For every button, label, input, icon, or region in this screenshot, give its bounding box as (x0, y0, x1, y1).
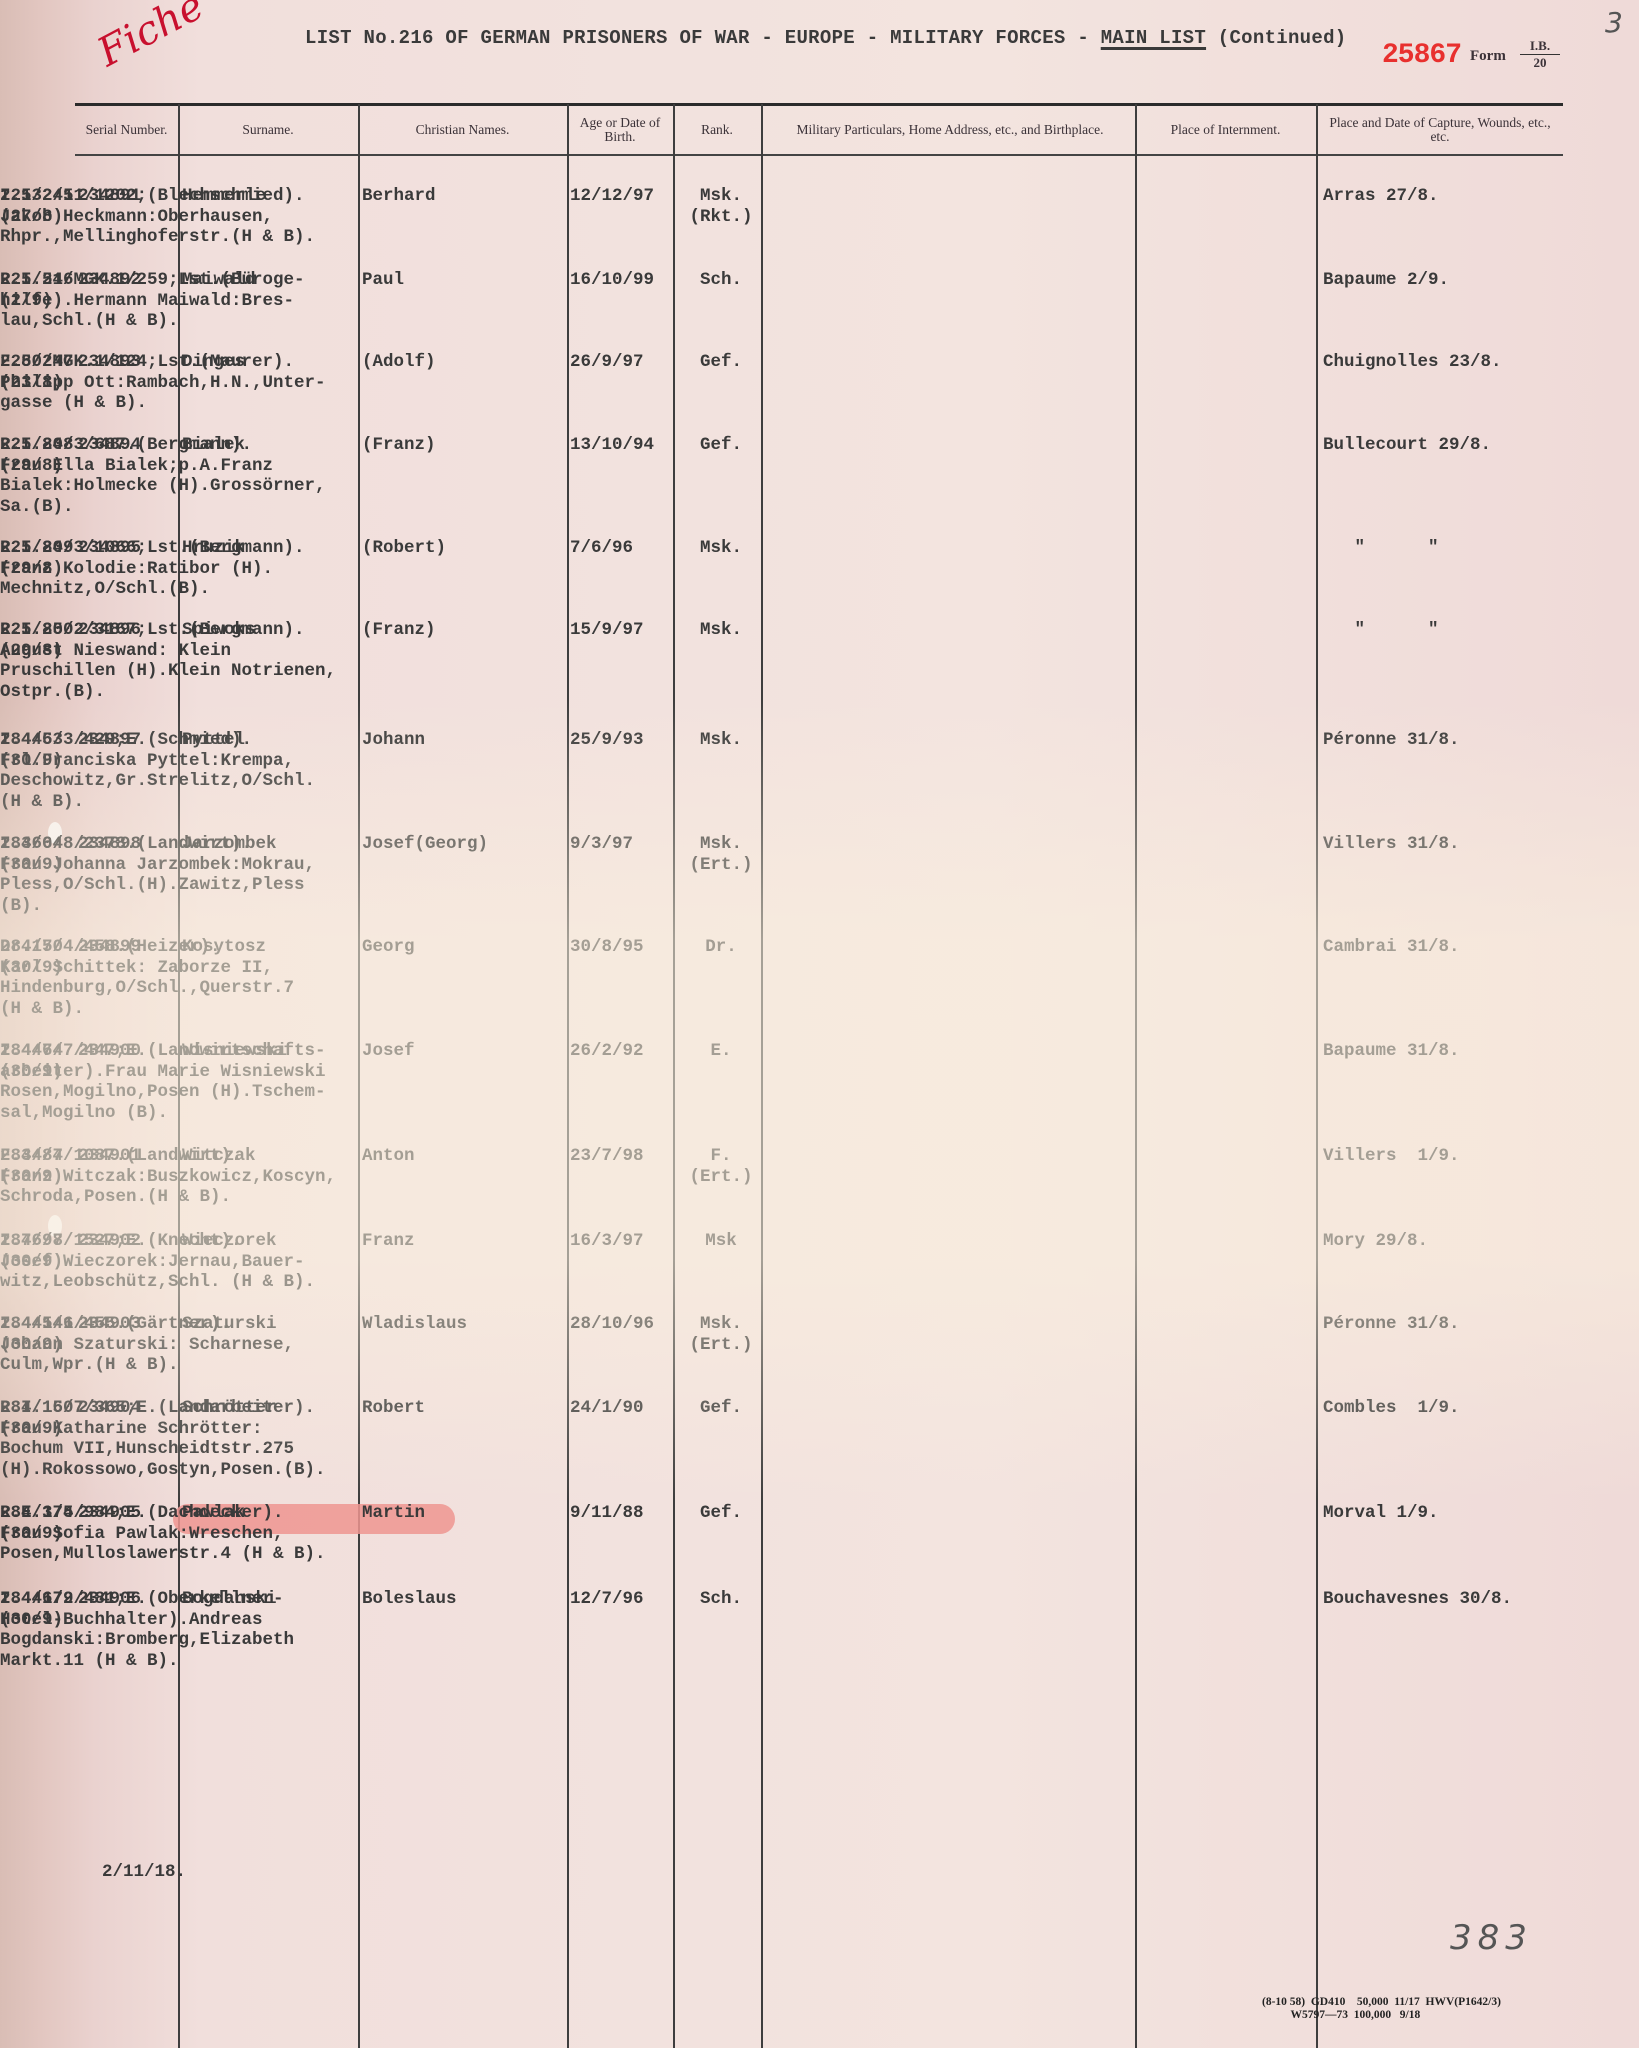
cell-christian: (Franz) (362, 435, 436, 456)
cell-capture: Morval 1/9. (1323, 1503, 1439, 1524)
cell-dob: 24/1/90 (570, 1398, 644, 1419)
header-military-particulars: Military Particulars, Home Address, etc.… (775, 106, 1125, 154)
cell-dob: 12/7/96 (570, 1589, 644, 1610)
cell-dob: 26/2/92 (570, 1041, 644, 1062)
cell-dob: 26/9/97 (570, 352, 644, 373)
cell-rank: Msk. (Ert.) (676, 1314, 766, 1355)
cell-christian: Georg (362, 937, 415, 958)
cell-internment: 225/249 (29/8) (0, 538, 74, 579)
fiche-annotation: Fiché (90, 0, 211, 76)
column-divider (358, 104, 360, 2048)
list-date: 2/11/18. (102, 1862, 186, 1882)
cell-internment: 284/64 (30/9) (0, 834, 63, 875)
cell-capture: Bapaume 31/8. (1323, 1041, 1460, 1062)
header-place-of-internment: Place of Internment. (1135, 106, 1316, 154)
cell-christian: (Robert) (362, 538, 446, 559)
corner-pencil-mark: 3 (1605, 6, 1623, 39)
cell-rank: Msk. (Rkt.) (676, 186, 766, 227)
cell-rank: F. (Ert.) (676, 1146, 766, 1187)
cell-rank: Msk. (676, 620, 766, 641)
document-page: Fiché 3 LIST No.216 OF GERMAN PRISONERS … (0, 0, 1639, 2048)
cell-rank: Gef. (676, 352, 766, 373)
header-place-of-capture: Place and Date of Capture, Wounds, etc.,… (1325, 106, 1555, 154)
cell-capture: Bapaume 2/9. (1323, 270, 1449, 291)
cell-rank: Dr. (676, 937, 766, 958)
handwritten-page-number: 383 (1450, 1918, 1533, 1958)
printer-imprint: (8-10 58) GD410 50,000 11/17 HWV(P1642/3… (1262, 1996, 1501, 2022)
printer-line-1: (8-10 58) GD410 50,000 11/17 HWV(P1642/3… (1262, 1996, 1501, 2008)
cell-dob: 9/11/88 (570, 1503, 644, 1524)
cell-christian: Robert (362, 1398, 425, 1419)
cell-internment: 284/174 (30/9) (0, 1503, 74, 1544)
document-title: LIST No.216 OF GERMAN PRISONERS OF WAR -… (305, 27, 1347, 49)
cell-capture: Arras 27/8. (1323, 186, 1439, 207)
header-surname: Surname. (178, 106, 358, 154)
form-number-top: I.B. (1520, 38, 1560, 55)
cell-rank: Gef. (676, 1503, 766, 1524)
cell-dob: 16/10/99 (570, 270, 654, 291)
cell-christian: Boleslaus (362, 1589, 457, 1610)
cell-christian: Johann (362, 730, 425, 751)
form-label: Form (1470, 48, 1506, 65)
cell-capture: " " (1323, 538, 1439, 559)
title-prefix: LIST No.216 OF GERMAN PRISONERS OF WAR -… (305, 27, 1101, 49)
cell-capture: Mory 29/8. (1323, 1231, 1428, 1252)
cell-internment: 284/70 (30/9) (0, 937, 63, 978)
cell-internment: 284/97 (30/9) (0, 1231, 63, 1272)
cell-rank: Msk. (676, 730, 766, 751)
cell-rank: Sch. (676, 270, 766, 291)
cell-rank: Gef. (676, 435, 766, 456)
cell-dob: 16/3/97 (570, 1231, 644, 1252)
cell-capture: Péronne 31/8. (1323, 730, 1460, 751)
column-divider (567, 104, 569, 2048)
cell-internment: 225/246 (2/9) (0, 270, 74, 311)
cell-dob: 25/9/93 (570, 730, 644, 751)
cell-capture: Bouchavesnes 30/8. (1323, 1589, 1512, 1610)
cell-christian: Franz (362, 1231, 415, 1252)
cell-capture: Villers 31/8. (1323, 834, 1460, 855)
cell-capture: Péronne 31/8. (1323, 1314, 1460, 1335)
table-header-rule (75, 154, 1563, 156)
cell-christian: Wladislaus (362, 1314, 467, 1335)
printer-line-2: W5797—73 100,000 9/18 (1262, 2009, 1420, 2021)
cell-capture: Chuignolles 23/8. (1323, 352, 1502, 373)
cell-capture: Combles 1/9. (1323, 1398, 1460, 1419)
form-number-bottom: 20 (1534, 55, 1547, 70)
cell-capture: Cambrai 31/8. (1323, 937, 1460, 958)
cell-dob: 7/6/96 (570, 538, 633, 559)
header-date-of-birth: Age or Date of Birth. (575, 106, 665, 154)
cell-dob: 23/7/98 (570, 1146, 644, 1167)
cell-dob: 12/12/97 (570, 186, 654, 207)
stamp-number: 25867 (1382, 40, 1461, 71)
column-divider (673, 104, 675, 2048)
cell-internment: 225/247 (23/8) (0, 352, 74, 393)
cell-internment: 284/63 (30/9) (0, 730, 63, 771)
cell-internment: 284/74 (30/9) (0, 1041, 63, 1082)
cell-christian: (Adolf) (362, 352, 436, 373)
header-serial-number: Serial Number. (75, 106, 178, 154)
cell-internment: 284/150 (30/9) (0, 1398, 74, 1439)
cell-rank: Msk. (Ert.) (676, 834, 766, 875)
form-number: I.B. 20 (1520, 38, 1560, 71)
cell-christian: Anton (362, 1146, 415, 1167)
cell-christian: Josef(Georg) (362, 834, 488, 855)
cell-rank: E. (676, 1041, 766, 1062)
cell-internment: 225/245 (27/8) (0, 186, 74, 227)
cell-christian: Martin (362, 1503, 425, 1524)
column-divider (1135, 104, 1137, 2048)
cell-internment: 225/248 (29/8) (0, 435, 74, 476)
header-christian-names: Christian Names. (358, 106, 567, 154)
cell-internment: 284/141 (30/9) (0, 1314, 74, 1355)
title-main-list: MAIN LIST (1101, 27, 1206, 49)
cell-dob: 13/10/94 (570, 435, 654, 456)
cell-dob: 15/9/97 (570, 620, 644, 641)
column-divider (1316, 104, 1318, 2048)
cell-rank: Gef. (676, 1398, 766, 1419)
cell-christian: Josef (362, 1041, 415, 1062)
cell-dob: 28/10/96 (570, 1314, 654, 1335)
cell-rank: Sch. (676, 1589, 766, 1610)
cell-dob: 30/8/95 (570, 937, 644, 958)
cell-capture: Villers 1/9. (1323, 1146, 1460, 1167)
cell-capture: Bullecourt 29/8. (1323, 435, 1491, 456)
cell-rank: Msk (676, 1231, 766, 1252)
cell-christian: (Franz) (362, 620, 436, 641)
cell-dob: 9/3/97 (570, 834, 633, 855)
header-rank: Rank. (673, 106, 761, 154)
cell-christian: Paul (362, 270, 404, 291)
cell-capture: " " (1323, 620, 1439, 641)
cell-christian: Berhard (362, 186, 436, 207)
cell-internment: 225/250 (29/8) (0, 620, 74, 661)
column-divider (761, 104, 763, 2048)
title-suffix: (Continued) (1206, 27, 1346, 49)
cell-rank: Msk. (676, 538, 766, 559)
cell-internment: 284/84 (30/9) (0, 1146, 63, 1187)
cell-internment: 284/179 (30/9) (0, 1589, 74, 1630)
